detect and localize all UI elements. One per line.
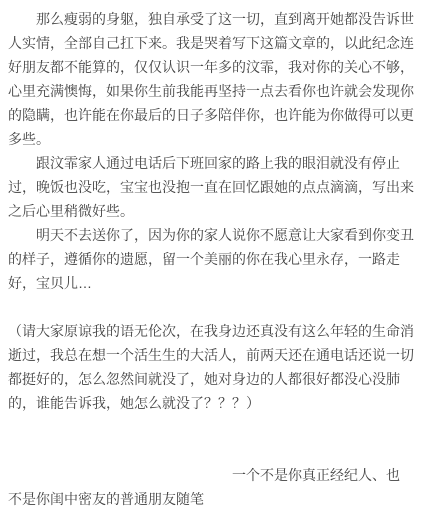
- paragraph-phone-call: 跟汶霏家人通过电话后下班回家的路上我的眼泪就没有停止 过，晚饭也没吃，宝宝也没抱…: [8, 151, 428, 223]
- signature-line: 一个不是你真正经纪人、也 不是你闺中密友的普通朋友随笔: [8, 463, 428, 511]
- memorial-essay-page: 那么瘦弱的身躯，独自承受了这一切，直到离开她都没告诉世 人实情，全部自己扛下来。…: [0, 0, 436, 516]
- paragraph-farewell: 明天不去送你了，因为你的家人说你不愿意让大家看到你变丑 的样子，遵循你的遗愿，留…: [8, 223, 428, 295]
- paragraph-parenthetical-note: （请大家原谅我的语无伦次，在我身边还真没有这么年轻的生命消 逝过，我总在想一个活…: [8, 319, 428, 415]
- paragraph-grief-opening: 那么瘦弱的身躯，独自承受了这一切，直到离开她都没告诉世 人实情，全部自己扛下来。…: [8, 7, 428, 151]
